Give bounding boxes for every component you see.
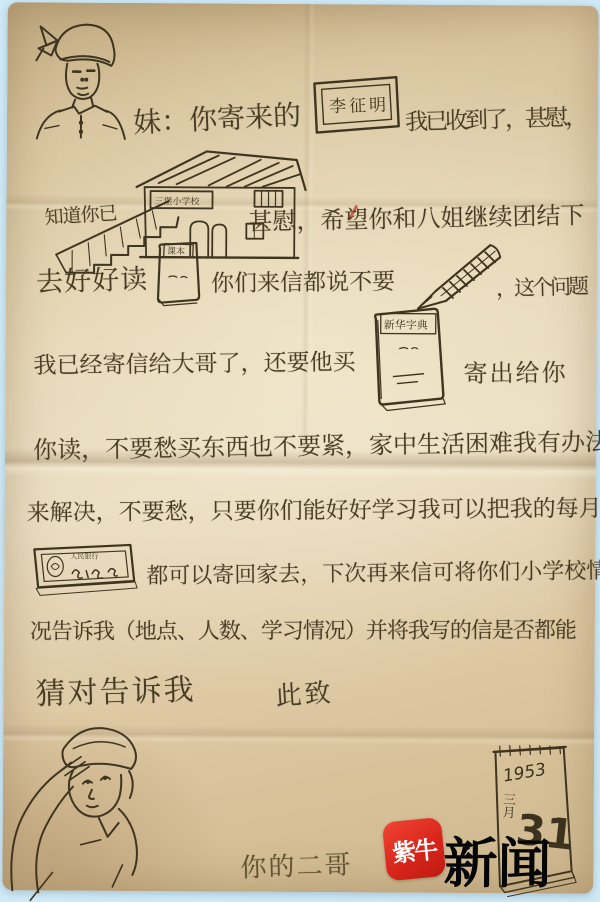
ziniu-news-logo-icon: 紫牛 — [382, 817, 447, 882]
textbook-icon: 课本 — [150, 236, 209, 310]
letter-line-9: 猜对告诉我 — [35, 665, 196, 714]
letter-line-2-post: 甚慰，希望你和八姐继续团结下 — [248, 195, 585, 237]
ziniu-news-wordmark: 新闻 — [443, 821, 551, 899]
letter-paper: 妹：你寄来的 李征明 我已收到了，甚慰， 知道你已 三堡小学校 — [2, 2, 598, 894]
banknote-icon: 人民银行 — [28, 540, 142, 599]
calendar-month-label: 三月 — [499, 792, 516, 819]
letter-photo: 妹：你寄来的 李征明 我已收到了，甚慰， 知道你已 三堡小学校 — [0, 0, 600, 902]
letter-closing: 此致 — [274, 672, 334, 713]
letter-line-1-pre: 妹：你寄来的 — [132, 94, 302, 142]
soldier-portrait-icon — [27, 18, 136, 141]
letter-line-3-post: ，这个问题 — [496, 270, 587, 303]
dictionary-icon: 新华字典 — [365, 302, 456, 413]
letter-line-1-post: 我已收到了，甚慰， — [405, 99, 586, 137]
banknote-bank-label: 人民银行 — [70, 552, 98, 561]
ziniu-logo-label: 紫牛 — [390, 830, 437, 869]
letter-line-3-pre: 去好好读 — [35, 257, 148, 299]
letter-line-4-post: 寄出给你 — [463, 353, 567, 389]
letter-line-3-mid: 你们来信都说不要 — [211, 263, 395, 298]
calendar-year-label: 1953 — [502, 760, 548, 787]
letter-line-4-pre: 我已经寄信给大哥了，还要他买 — [33, 344, 355, 381]
envelope-name-label: 李征明 — [329, 95, 390, 117]
envelope-icon: 李征明 — [311, 74, 403, 137]
saluting-child-icon — [2, 712, 181, 902]
letter-signature: 你的二哥 — [240, 844, 353, 884]
letter-line-6: 来解决，不要愁，只要你们能好好学习我可以把我的每月 — [27, 490, 600, 528]
letter-line-7: 都可以寄回家去，下次再来信可将你们小学校情 — [146, 554, 600, 590]
letter-line-8: 况告诉我（地点、人数、学习情况）并将我写的信是否都能 — [30, 613, 576, 645]
letter-line-5: 你读，不要愁买东西也不要紧，家中生活困难我有办法 — [33, 422, 600, 466]
textbook-title-label: 课本 — [167, 245, 185, 258]
dictionary-title-label: 新华字典 — [384, 318, 429, 332]
